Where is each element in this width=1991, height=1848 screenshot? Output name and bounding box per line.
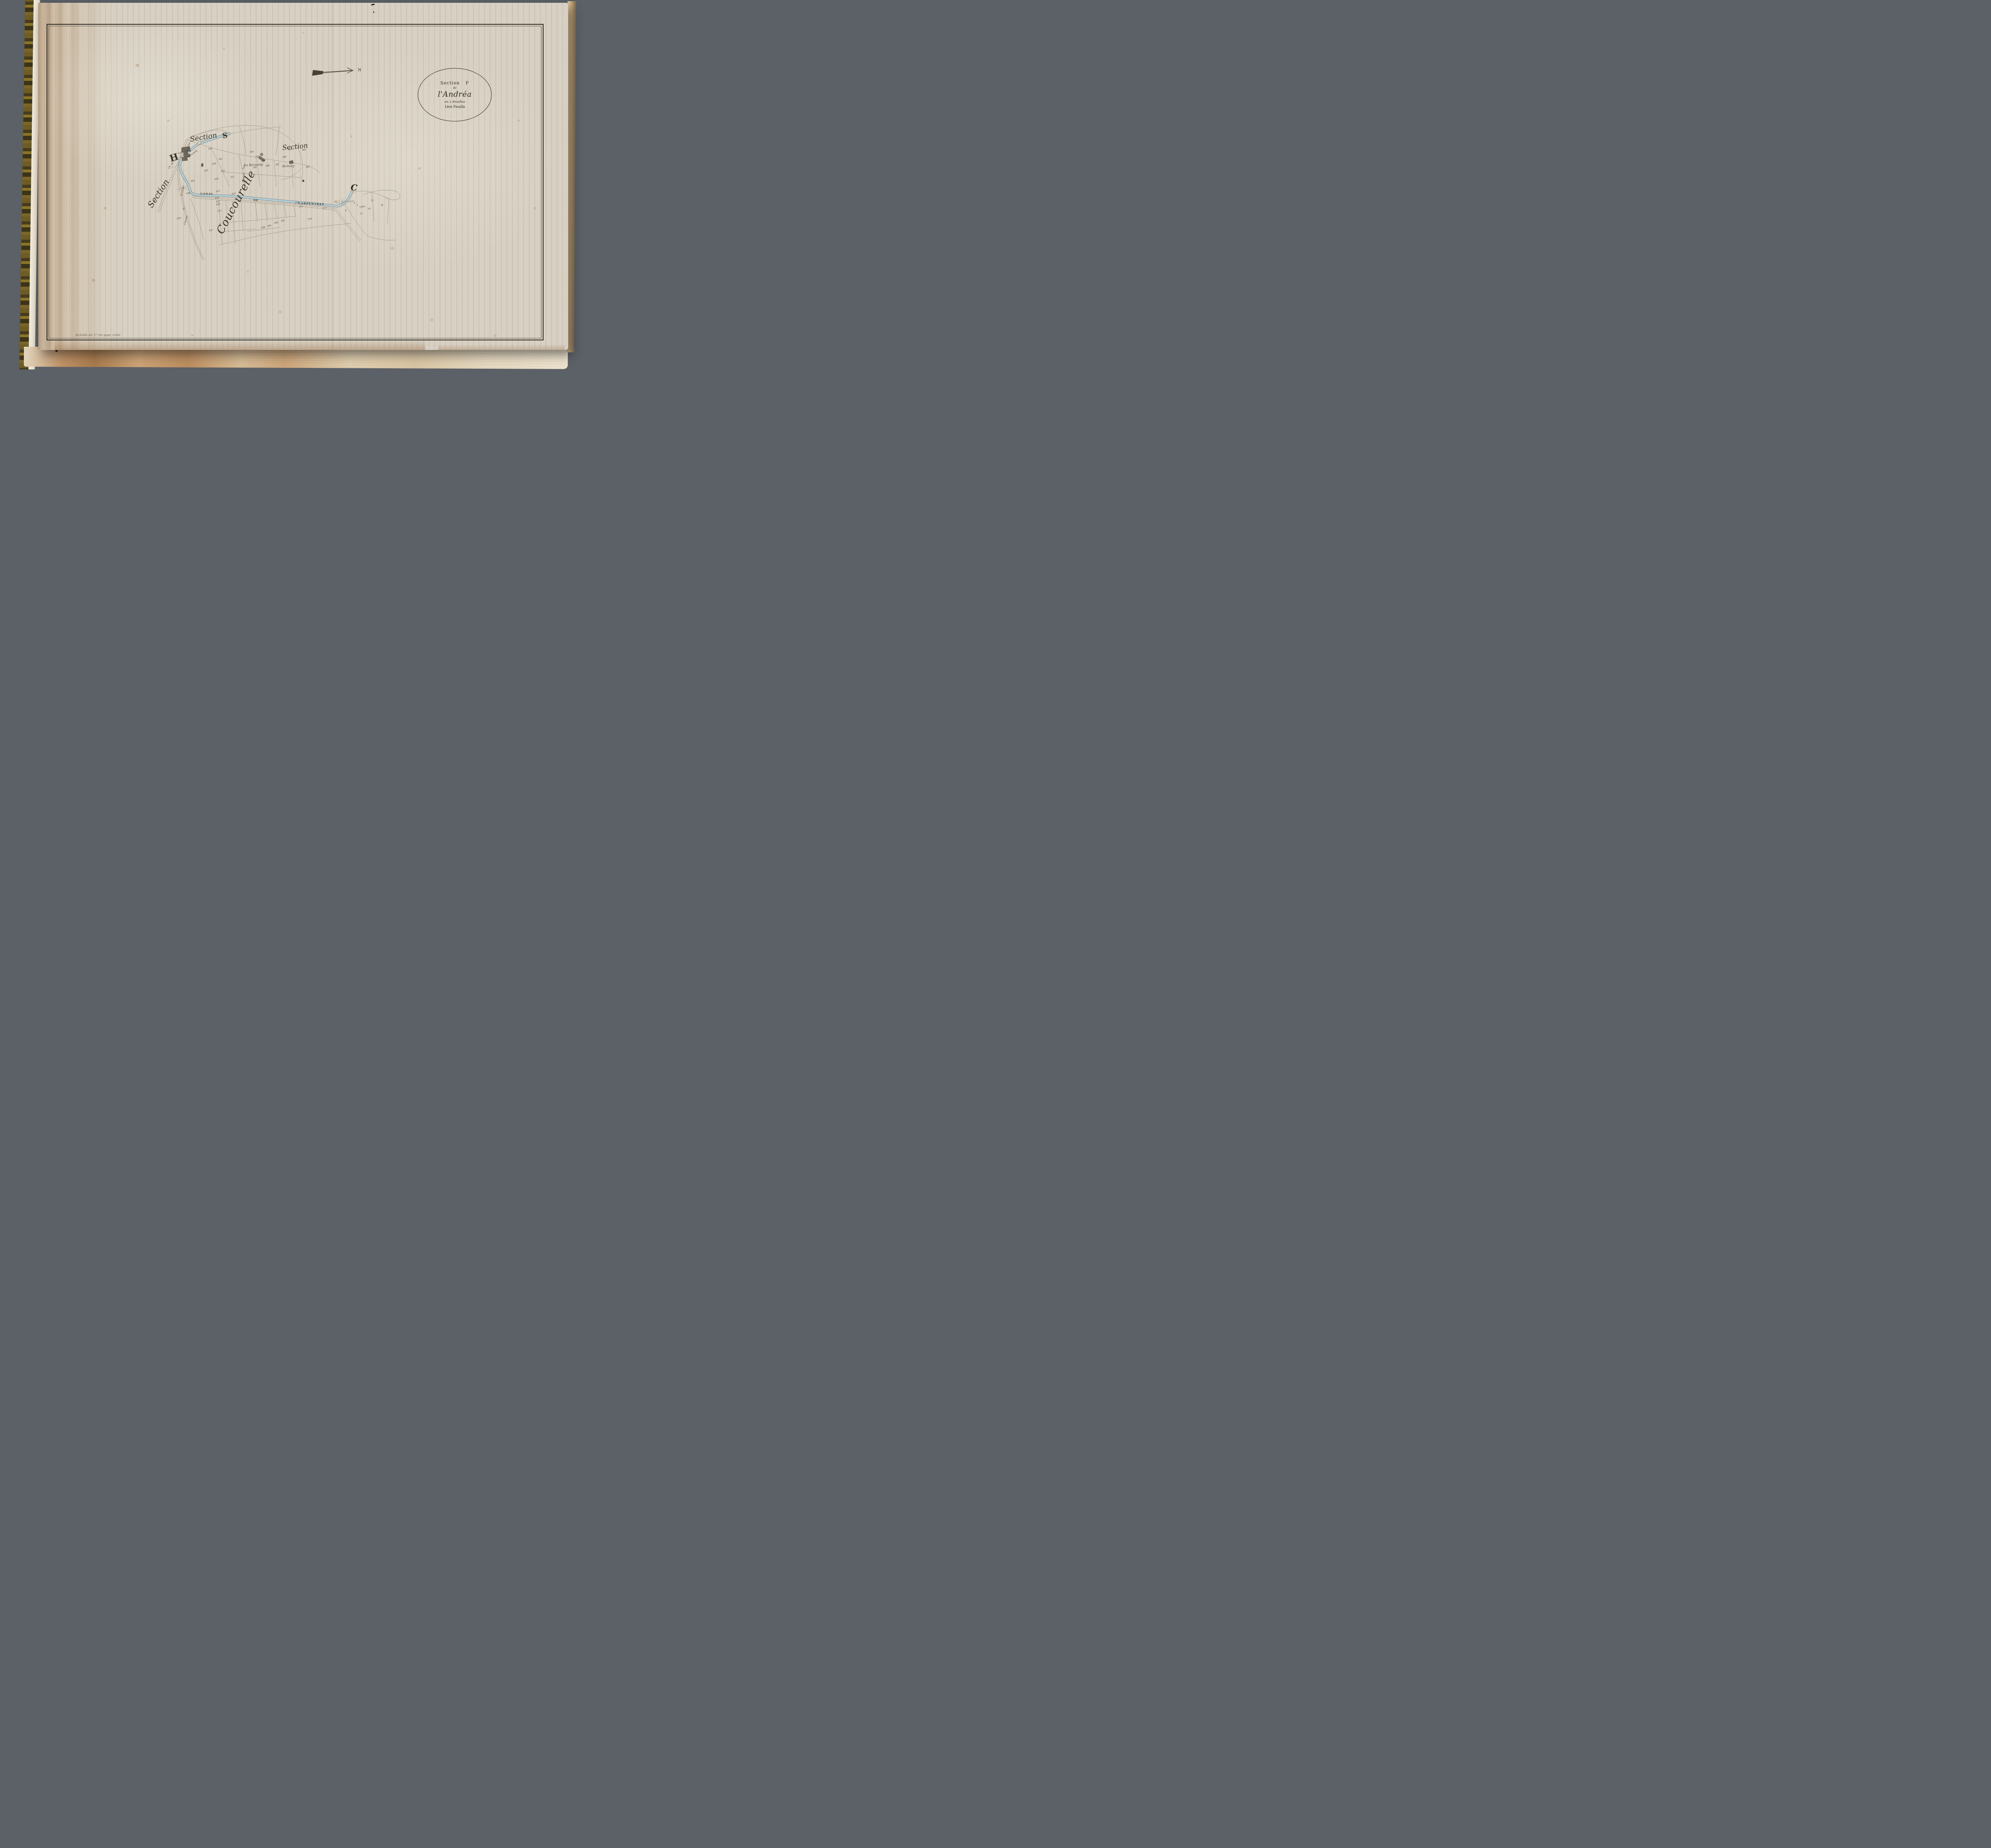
title-cartouche: Section F de l'Andréa en 2 Feuilles 1ère… <box>418 68 492 121</box>
cartouche-feuilles: en 2 Feuilles <box>444 100 465 104</box>
small-building <box>303 180 304 182</box>
cartouche-feuille-number: 1ère Feuille <box>444 105 465 109</box>
scale-note: Echelle de 1ᵐ,00 pour 2500 <box>76 333 120 337</box>
cadastral-atlas-photo: Section F de l'Andréa en 2 Feuilles 1ère… <box>0 0 585 369</box>
cartouche-section-line: Section F <box>440 80 469 86</box>
bichouy-building <box>289 160 293 164</box>
north-arrow-icon <box>312 68 353 76</box>
cartouche-de: de <box>453 86 456 90</box>
la-bernardy-building <box>258 156 265 162</box>
round-feature <box>260 153 263 156</box>
cartouche-commune-name: l'Andréa <box>438 90 471 99</box>
map-linework <box>0 0 585 369</box>
canal-de-carpentras <box>180 134 352 206</box>
small-building <box>201 164 203 166</box>
ink-mark <box>373 12 374 13</box>
ink-blot <box>55 350 58 352</box>
village-building <box>182 147 191 161</box>
roads-and-parcels <box>158 125 400 260</box>
